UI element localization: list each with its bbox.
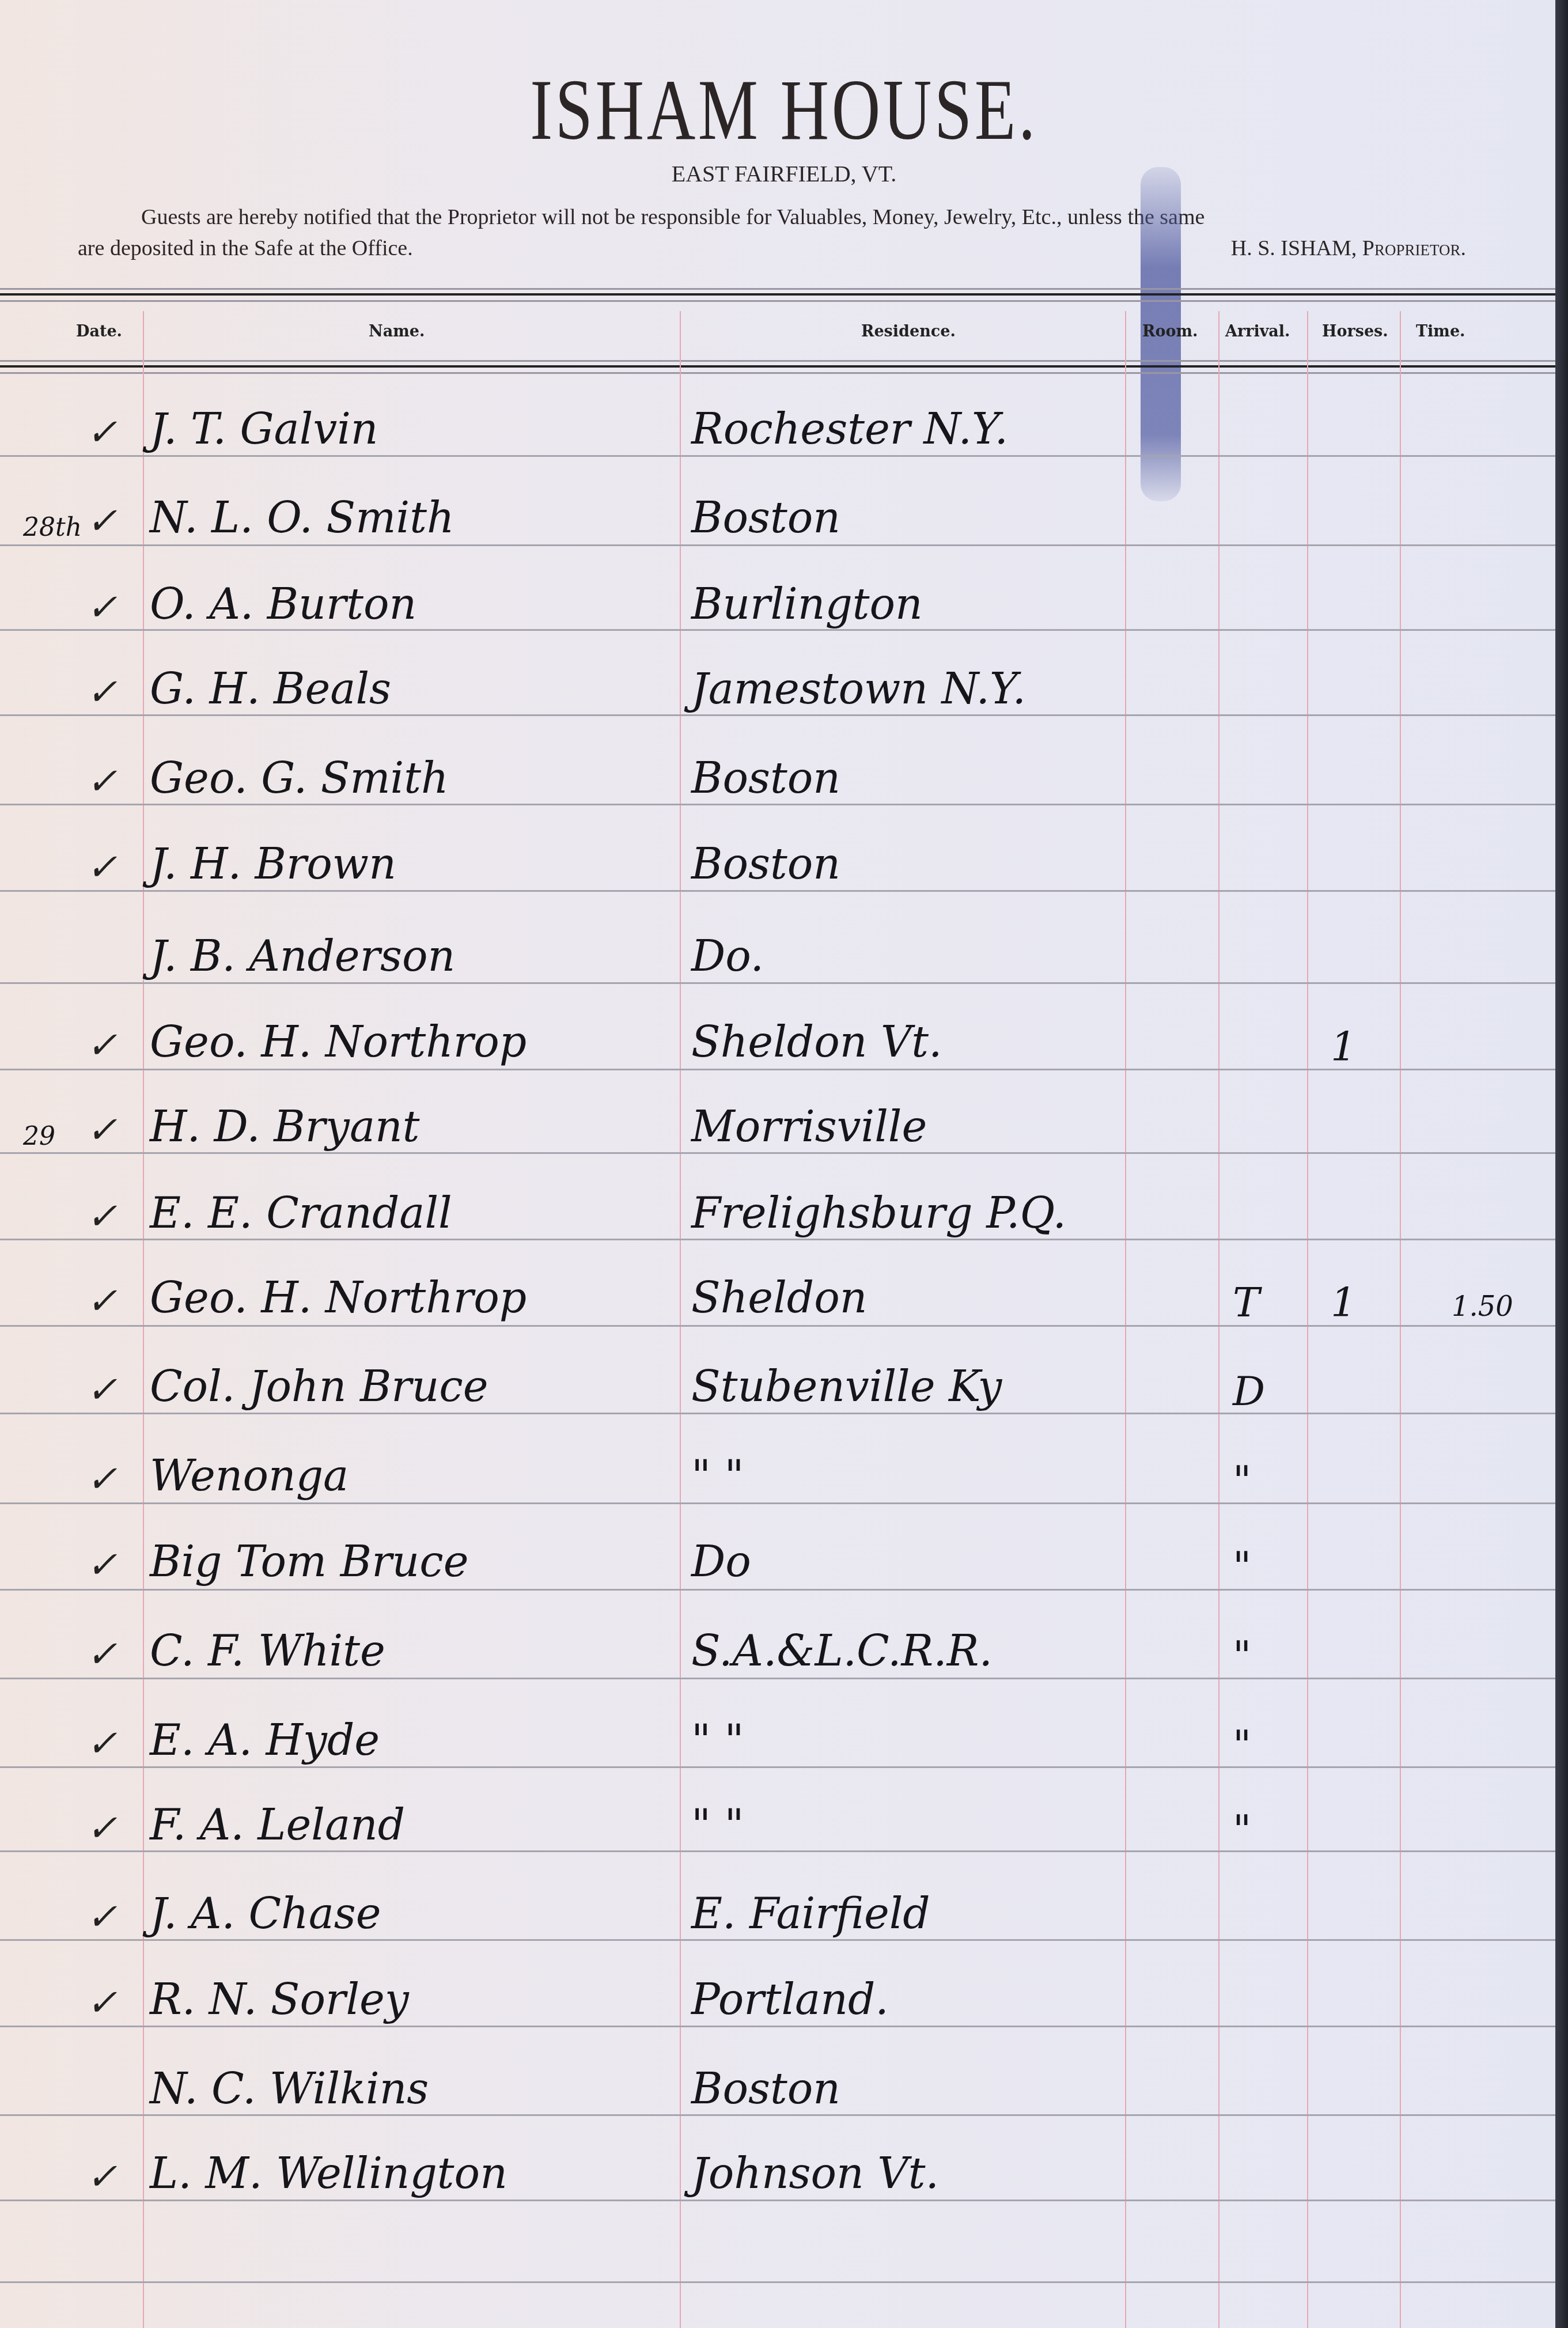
ruled-line: [0, 455, 1555, 457]
entry-residence: Boston: [691, 839, 840, 889]
entry-name: J. T. Galvin: [150, 404, 378, 454]
entry-checkmark: ✓: [86, 586, 118, 629]
ruled-line: [0, 1325, 1555, 1327]
entry-residence: Rochester N.Y.: [691, 404, 1008, 454]
entry-arrival: ": [1233, 1806, 1251, 1853]
entry-checkmark: ✓: [86, 2156, 118, 2198]
entry-residence: Boston: [691, 493, 840, 543]
ruled-line: [0, 1413, 1555, 1414]
entry-checkmark: ✓: [86, 846, 118, 889]
register-page: ISHAM HOUSE. EAST FAIRFIELD, VT. Guests …: [0, 0, 1555, 2328]
entry-residence: Frelighsburg P.Q.: [691, 1188, 1066, 1238]
entry-checkmark: ✓: [86, 1195, 118, 1238]
column-header-horses: Horses.: [1322, 323, 1388, 340]
entry-checkmark: ✓: [86, 411, 118, 454]
entry-checkmark: ✓: [86, 1024, 118, 1067]
column-header-name: Name.: [369, 323, 425, 340]
ruled-line: [0, 2026, 1555, 2027]
entry-name: G. H. Beals: [150, 664, 391, 714]
entry-horses: 1: [1331, 1279, 1357, 1326]
entry-horses: 1: [1331, 1023, 1357, 1070]
column-header-room: Room.: [1142, 323, 1198, 340]
entry-residence: Boston: [691, 754, 840, 803]
ruled-line: [0, 804, 1555, 805]
ruled-line: [0, 1850, 1555, 1852]
entry-residence: Do.: [691, 932, 764, 981]
entry-checkmark: ✓: [86, 1633, 118, 1676]
ruled-line: [0, 1069, 1555, 1070]
entry-date: 28th: [23, 513, 82, 542]
entry-name: N. L. O. Smith: [150, 493, 455, 543]
column-header-residence: Residence.: [861, 323, 956, 340]
entry-arrival: ": [1233, 1721, 1251, 1769]
entry-residence: Do: [691, 1537, 751, 1587]
book-binding-edge: [1555, 0, 1568, 2328]
entry-name: Col. John Bruce: [150, 1362, 488, 1411]
entry-name: J. B. Anderson: [150, 932, 455, 981]
entry-checkmark: ✓: [86, 671, 118, 714]
entry-name: Geo. H. Northrop: [150, 1017, 527, 1067]
entry-residence: Portland.: [691, 1975, 889, 2024]
entry-name: R. N. Sorley: [150, 1975, 409, 2024]
ruled-line: [0, 544, 1555, 546]
entry-name: Geo. G. Smith: [150, 754, 449, 803]
guest-notice: Guests are hereby notified that the Prop…: [78, 202, 1518, 264]
entry-residence: Boston: [691, 2064, 840, 2114]
entry-name: C. F. White: [150, 1626, 385, 1676]
ruled-line: [0, 1589, 1555, 1591]
entry-name: Big Tom Bruce: [150, 1537, 468, 1587]
entry-residence: " ": [691, 1800, 744, 1850]
column-header-time: Time.: [1416, 323, 1465, 340]
proprietor-signature: H. S. ISHAM, Proprietor.: [1231, 233, 1466, 264]
ruled-line: [0, 1502, 1555, 1504]
entry-checkmark: ✓: [86, 1109, 118, 1152]
entry-residence: " ": [691, 1451, 744, 1501]
notice-line-2: are deposited in the Safe at the Office.: [78, 233, 413, 264]
entry-name: F. A. Leland: [150, 1800, 405, 1850]
entry-residence: S.A.&L.C.R.R.: [691, 1626, 993, 1676]
hotel-title: ISHAM HOUSE.: [172, 60, 1395, 160]
entry-name: Geo. H. Northrop: [150, 1273, 527, 1323]
entry-residence: Johnson Vt.: [691, 2149, 939, 2198]
entry-checkmark: ✓: [86, 1723, 118, 1765]
entry-arrival: ": [1233, 1543, 1251, 1590]
entry-residence: Morrisville: [691, 1102, 927, 1152]
entry-residence: Stubenville Ky: [691, 1362, 1002, 1411]
entry-name: J. H. Brown: [150, 839, 396, 889]
entry-residence: Burlington: [691, 580, 923, 629]
entry-checkmark: ✓: [86, 500, 118, 543]
ruled-line: [0, 2200, 1555, 2201]
entry-arrival: D: [1233, 1368, 1265, 1415]
entry-checkmark: ✓: [86, 1807, 118, 1850]
entry-checkmark: ✓: [86, 1982, 118, 2024]
ruled-line: [0, 714, 1555, 716]
entry-arrival: ": [1233, 1457, 1251, 1504]
ruled-line: [0, 1678, 1555, 1679]
hotel-location: EAST FAIRFIELD, VT.: [0, 160, 1555, 187]
ruled-line: [0, 982, 1555, 984]
entry-name: N. C. Wilkins: [150, 2064, 429, 2114]
entry-name: L. M. Wellington: [150, 2149, 507, 2198]
header-bottom-rule: [0, 360, 1555, 374]
ruled-line: [0, 890, 1555, 892]
entry-checkmark: ✓: [86, 1896, 118, 1939]
entry-checkmark: ✓: [86, 1544, 118, 1587]
entry-name: E. E. Crandall: [150, 1188, 452, 1238]
entry-date: 29: [23, 1122, 55, 1151]
header-top-rule: [0, 288, 1555, 302]
column-header-arrival: Arrival.: [1225, 323, 1290, 340]
entry-name: J. A. Chase: [150, 1889, 381, 1939]
entry-arrival: T: [1233, 1279, 1260, 1326]
entry-checkmark: ✓: [86, 1458, 118, 1501]
ruled-line: [0, 2114, 1555, 2116]
entry-residence: " ": [691, 1716, 744, 1765]
entry-checkmark: ✓: [86, 1369, 118, 1411]
entry-residence: Jamestown N.Y.: [691, 664, 1026, 714]
ruled-line: [0, 1152, 1555, 1154]
entry-residence: Sheldon: [691, 1273, 867, 1323]
entry-time: 1.50: [1452, 1290, 1513, 1323]
entry-checkmark: ✓: [86, 760, 118, 803]
entry-name: Wenonga: [150, 1451, 349, 1501]
entry-name: H. D. Bryant: [150, 1102, 419, 1152]
ruled-line: [0, 629, 1555, 631]
ruled-line: [0, 1766, 1555, 1768]
entry-name: O. A. Burton: [150, 580, 416, 629]
entry-name: E. A. Hyde: [150, 1716, 380, 1765]
entry-residence: Sheldon Vt.: [691, 1017, 942, 1067]
entry-checkmark: ✓: [86, 1280, 118, 1323]
ruled-line: [0, 1239, 1555, 1240]
ruled-line: [0, 2281, 1555, 2283]
column-header-date: Date.: [76, 323, 122, 340]
entry-residence: E. Fairfield: [691, 1889, 930, 1939]
ruled-line: [0, 1939, 1555, 1941]
notice-line-1: Guests are hereby notified that the Prop…: [78, 202, 1518, 233]
entry-arrival: ": [1233, 1632, 1251, 1679]
